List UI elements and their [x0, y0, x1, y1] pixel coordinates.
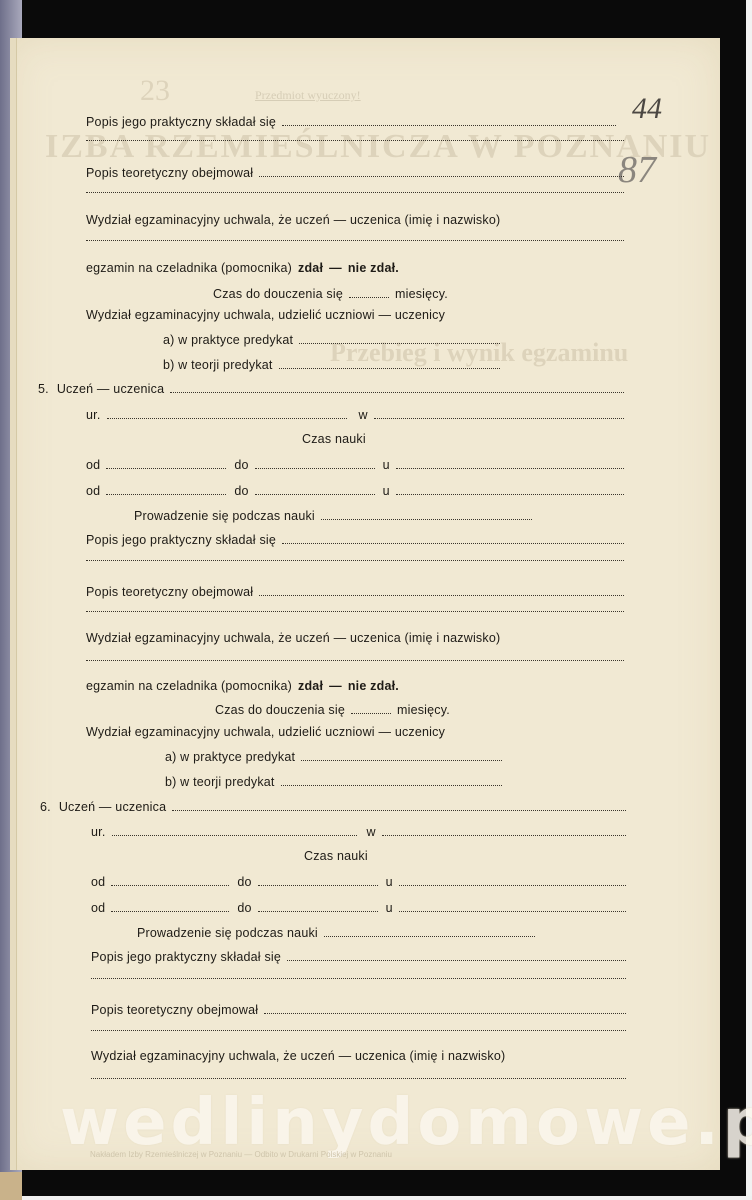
s5-born-date-field[interactable] — [107, 418, 347, 419]
s6-conduct-field[interactable] — [324, 936, 535, 937]
s4-exam-passed[interactable]: zdał — [298, 261, 323, 275]
s5-born-row: ur. w — [86, 408, 624, 422]
s4-months-label: miesięcy. — [395, 287, 448, 301]
s6-name-row — [91, 1078, 626, 1082]
s4-grade-practice-label: a) w praktyce predykat — [163, 333, 293, 347]
s5-to-field-1[interactable] — [255, 468, 375, 469]
s4-practical-field-2[interactable] — [86, 140, 624, 141]
s6-at-label-1: u — [386, 875, 393, 889]
s6-period-row-2: od do u — [91, 901, 626, 915]
watermark: wedlinydomowe.pl — [60, 1086, 752, 1160]
s5-from-label-2: od — [86, 484, 100, 498]
s4-theory-row2 — [86, 192, 624, 196]
s5-name-field[interactable] — [86, 660, 624, 661]
s6-at-field-2[interactable] — [399, 911, 626, 912]
s6-practical-label: Popis jego praktyczny składał się — [91, 950, 281, 964]
s6-born-date-field[interactable] — [112, 835, 357, 836]
binding-edge-bottom — [0, 1172, 22, 1200]
s5-to-label-1: do — [234, 458, 248, 472]
s5-to-label-2: do — [234, 484, 248, 498]
s5-period-row-1: od do u — [86, 458, 624, 472]
s5-study-time-label: Czas nauki — [302, 432, 366, 446]
s5-practical-row2 — [86, 560, 624, 564]
s6-period-row-1: od do u — [91, 875, 626, 889]
s5-exam-passed[interactable]: zdał — [298, 679, 323, 693]
s5-student-label: Uczeń — uczenica — [57, 382, 164, 396]
s4-practical-label: Popis jego praktyczny składał się — [86, 115, 276, 129]
s6-from-label-2: od — [91, 901, 105, 915]
s6-to-field-1[interactable] — [258, 885, 378, 886]
s5-months-label: miesięcy. — [397, 703, 450, 717]
scan-border-bottom — [22, 1196, 752, 1200]
s6-born-label: ur. — [91, 825, 106, 839]
s5-grade-theory-row: b) w teorji predykat — [165, 775, 502, 789]
s5-study-time-heading: Czas nauki — [302, 432, 366, 446]
s4-resolution-row: Wydział egzaminacyjny uchwala, że uczeń … — [86, 213, 500, 227]
s6-born-row: ur. w — [91, 825, 626, 839]
s5-at-field-2[interactable] — [396, 494, 624, 495]
s5-practical-label: Popis jego praktyczny składał się — [86, 533, 276, 547]
handwritten-page-number: 44 — [632, 92, 662, 126]
s4-exam-prefix: egzamin na czeladnika (pomocnika) — [86, 261, 292, 275]
s4-grade-theory-label: b) w teorji predykat — [163, 358, 273, 372]
s5-grade-practice-field[interactable] — [301, 760, 502, 761]
s6-theory-row2 — [91, 1030, 626, 1034]
s5-grade-practice-row: a) w praktyce predykat — [165, 750, 502, 764]
s6-to-label-1: do — [237, 875, 251, 889]
s4-exam-dash: — — [329, 261, 342, 275]
s6-practical-field[interactable] — [287, 960, 626, 961]
s6-number: 6. — [40, 800, 51, 814]
s6-at-field-1[interactable] — [399, 885, 626, 886]
s5-born-place-field[interactable] — [374, 418, 624, 419]
s5-exam-failed[interactable]: nie zdał. — [348, 679, 399, 693]
s5-from-label-1: od — [86, 458, 100, 472]
s5-time-row: Czas do douczenia się miesięcy. — [215, 703, 450, 717]
s5-from-field-1[interactable] — [106, 468, 226, 469]
s5-months-field[interactable] — [351, 713, 391, 714]
s5-grade-theory-label: b) w teorji predykat — [165, 775, 275, 789]
s6-theory-field-2[interactable] — [91, 1030, 626, 1031]
s4-exam-failed[interactable]: nie zdał. — [348, 261, 399, 275]
s5-at-label-2: u — [383, 484, 390, 498]
s5-theory-field-2[interactable] — [86, 611, 624, 612]
s5-student-field[interactable] — [170, 392, 624, 393]
s6-student-field[interactable] — [172, 810, 626, 811]
s5-period-row-2: od do u — [86, 484, 624, 498]
s5-at-label-1: u — [383, 458, 390, 472]
s6-from-label-1: od — [91, 875, 105, 889]
s5-theory-field[interactable] — [259, 595, 624, 596]
printer-footer: Nakładem Izby Rzemieślniczej w Poznaniu … — [90, 1150, 392, 1159]
s4-exam-row: egzamin na czeladnika (pomocnika) zdał —… — [86, 261, 399, 275]
s4-time-row: Czas do douczenia się miesięcy. — [213, 287, 448, 301]
s4-theory-field[interactable] — [259, 176, 624, 177]
s6-from-field-1[interactable] — [111, 885, 229, 886]
s5-conduct-field[interactable] — [321, 519, 532, 520]
s4-practical-row: Popis jego praktyczny składał się — [86, 115, 616, 129]
document-page — [10, 38, 720, 1170]
s5-resolution-label: Wydział egzaminacyjny uchwala, że uczeń … — [86, 631, 500, 645]
s6-student-label: Uczeń — uczenica — [59, 800, 166, 814]
s5-exam-prefix: egzamin na czeladnika (pomocnika) — [86, 679, 292, 693]
s5-number: 5. — [38, 382, 49, 396]
s5-name-row — [86, 660, 624, 664]
scan-border-right — [746, 0, 752, 1200]
s5-born-label: ur. — [86, 408, 101, 422]
s4-theory-field-2[interactable] — [86, 192, 624, 193]
s5-grade-practice-label: a) w praktyce predykat — [165, 750, 295, 764]
s6-from-field-2[interactable] — [111, 911, 229, 912]
s6-to-label-2: do — [237, 901, 251, 915]
s5-conduct-row: Prowadzenie się podczas nauki — [134, 509, 532, 523]
s5-exam-dash: — — [329, 679, 342, 693]
s6-born-place-field[interactable] — [382, 835, 626, 836]
s4-grade-practice-field[interactable] — [299, 343, 500, 344]
s6-conduct-row: Prowadzenie się podczas nauki — [137, 926, 535, 940]
s6-practical-field-2[interactable] — [91, 978, 626, 979]
s5-practical-field[interactable] — [282, 543, 624, 544]
s6-at-label-2: u — [386, 901, 393, 915]
s4-months-field[interactable] — [349, 297, 389, 298]
s6-theory-row: Popis teoretyczny obejmował — [91, 1003, 626, 1017]
s4-time-label: Czas do douczenia się — [213, 287, 343, 301]
s5-theory-row2 — [86, 611, 624, 615]
s5-practical-field-2[interactable] — [86, 560, 624, 561]
s6-practical-row: Popis jego praktyczny składał się — [91, 950, 626, 964]
s5-exam-row: egzamin na czeladnika (pomocnika) zdał —… — [86, 679, 399, 693]
s6-in-label: w — [367, 825, 376, 839]
s6-study-time-label: Czas nauki — [304, 849, 368, 863]
s4-theory-label: Popis teoretyczny obejmował — [86, 166, 253, 180]
s6-name-field[interactable] — [91, 1078, 626, 1079]
s5-in-label: w — [359, 408, 368, 422]
s4-practical-row2 — [86, 140, 624, 144]
s4-practical-field[interactable] — [282, 125, 616, 126]
s4-grade-theory-field[interactable] — [279, 368, 500, 369]
s4-theory-row: Popis teoretyczny obejmował — [86, 166, 624, 180]
s6-practical-row2 — [91, 978, 626, 982]
s5-student-row: 5. Uczeń — uczenica — [38, 382, 624, 396]
s5-theory-row: Popis teoretyczny obejmował — [86, 585, 624, 599]
s4-grant-label: Wydział egzaminacyjny uchwala, udzielić … — [86, 308, 445, 322]
s5-from-field-2[interactable] — [106, 494, 226, 495]
s4-grade-practice-row: a) w praktyce predykat — [163, 333, 500, 347]
s6-resolution-row: Wydział egzaminacyjny uchwala, że uczeń … — [91, 1049, 505, 1063]
s6-to-field-2[interactable] — [258, 911, 378, 912]
s4-grant-row: Wydział egzaminacyjny uchwala, udzielić … — [86, 308, 445, 322]
s5-grant-row: Wydział egzaminacyjny uchwala, udzielić … — [86, 725, 445, 739]
s4-resolution-label: Wydział egzaminacyjny uchwala, że uczeń … — [86, 213, 500, 227]
s5-resolution-row: Wydział egzaminacyjny uchwala, że uczeń … — [86, 631, 500, 645]
s6-conduct-label: Prowadzenie się podczas nauki — [137, 926, 318, 940]
s5-grant-label: Wydział egzaminacyjny uchwala, udzielić … — [86, 725, 445, 739]
s6-resolution-label: Wydział egzaminacyjny uchwala, że uczeń … — [91, 1049, 505, 1063]
s5-theory-label: Popis teoretyczny obejmował — [86, 585, 253, 599]
s5-practical-row: Popis jego praktyczny składał się — [86, 533, 624, 547]
s6-student-row: 6. Uczeń — uczenica — [40, 800, 626, 814]
s5-grade-theory-field[interactable] — [281, 785, 502, 786]
s4-grade-theory-row: b) w teorji predykat — [163, 358, 500, 372]
s6-theory-label: Popis teoretyczny obejmował — [91, 1003, 258, 1017]
s5-conduct-label: Prowadzenie się podczas nauki — [134, 509, 315, 523]
s5-to-field-2[interactable] — [255, 494, 375, 495]
page-spine — [10, 38, 17, 1170]
s4-name-field[interactable] — [86, 240, 624, 241]
s5-time-label: Czas do douczenia się — [215, 703, 345, 717]
s6-theory-field[interactable] — [264, 1013, 626, 1014]
s4-name-row — [86, 240, 624, 244]
s6-study-time-heading: Czas nauki — [304, 849, 368, 863]
s5-at-field-1[interactable] — [396, 468, 624, 469]
